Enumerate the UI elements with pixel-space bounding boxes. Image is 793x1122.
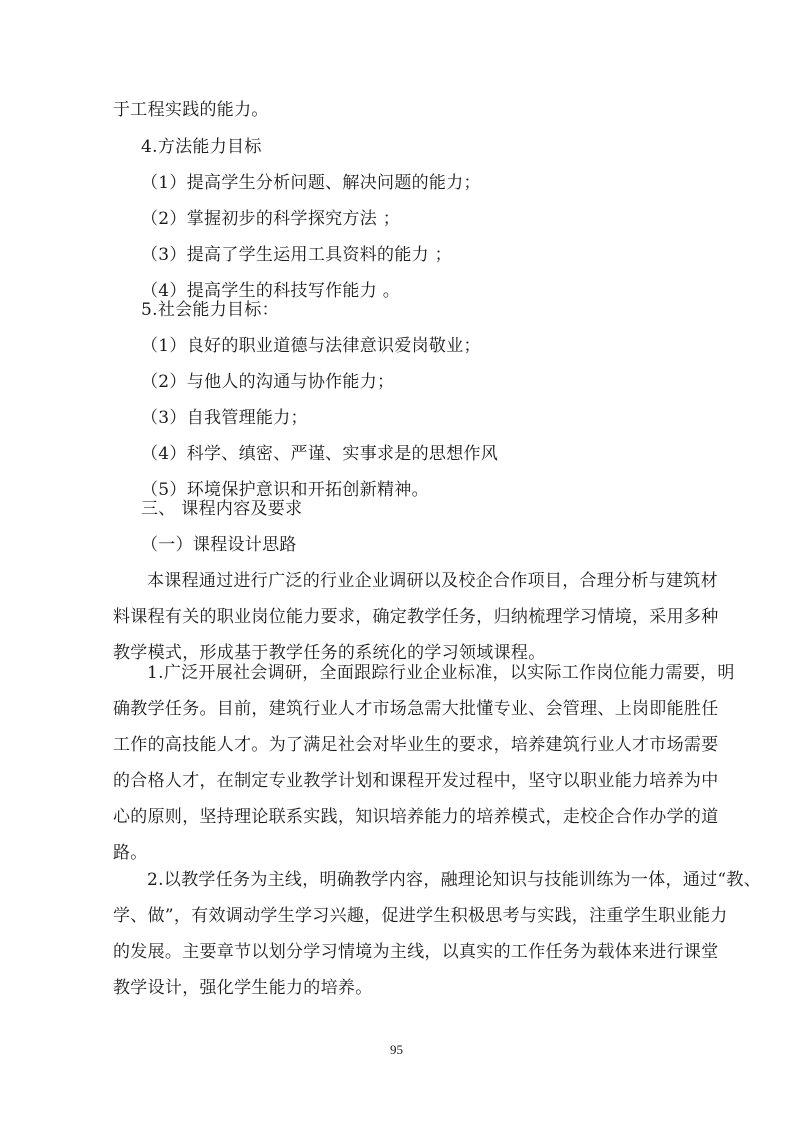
- point2-paragraph-line: 的发展。主要章节以划分学习情境为主线，以真实的工作任务为载体来进行课堂: [113, 942, 679, 962]
- intro-paragraph-line: 料课程有关的职业岗位能力要求，确定教学任务，归纳梳理学习情境，采用多种: [113, 607, 679, 627]
- continuation-text: 于工程实践的能力。: [113, 100, 269, 120]
- point1-paragraph-line: 的合格人才，在制定专业教学计划和课程开发过程中，坚守以职业能力培养为中: [113, 771, 679, 791]
- section-three-subheading: （一）课程设计思路: [141, 535, 297, 555]
- social-ability-item: （3）自我管理能力；: [141, 408, 308, 428]
- social-ability-heading: 5.社会能力目标：: [141, 300, 279, 320]
- method-ability-heading: 4.方法能力目标: [141, 137, 262, 157]
- point1-paragraph-line: 心的原则，坚持理论联系实践，知识培养能力的培养模式，走校企合作办学的道: [113, 807, 679, 827]
- intro-paragraph-line: 本课程通过进行广泛的行业企业调研以及校企合作项目，合理分析与建筑材: [147, 571, 679, 591]
- section-three-heading: 三、 课程内容及要求: [141, 499, 302, 519]
- method-ability-item: （3）提高了学生运用工具资料的能力 ；: [141, 245, 452, 265]
- method-ability-item: （1）提高学生分析问题、解决问题的能力；: [141, 173, 481, 193]
- point1-paragraph-line: 1.广泛开展社会调研，全面跟踪行业企业标准，以实际工作岗位能力需要，明: [147, 663, 679, 683]
- point1-paragraph-line: 确教学任务。目前，建筑行业人才市场急需大批懂专业、会管理、上岗即能胜任: [113, 699, 679, 719]
- point2-paragraph-line: 教学设计，强化学生能力的培养。: [113, 978, 373, 998]
- point2-paragraph-line: 学、做”，有效调动学生学习兴趣，促进学生积极思考与实践，注重学生职业能力: [113, 906, 679, 926]
- social-ability-item: （5）环境保护意识和开拓创新精神。: [141, 480, 429, 500]
- method-ability-item: （4）提高学生的科技写作能力 。: [141, 281, 400, 301]
- document-page: 于工程实践的能力。 4.方法能力目标 （1）提高学生分析问题、解决问题的能力； …: [0, 0, 793, 1122]
- point2-paragraph-line: 2.以教学任务为主线，明确教学内容，融理论知识与技能训练为一体，通过“教、: [147, 870, 679, 890]
- social-ability-item: （4）科学、缜密、严谨、实事求是的思想作风: [141, 444, 498, 464]
- method-ability-item: （2）掌握初步的科学探究方法 ；: [141, 209, 400, 229]
- point1-paragraph-line: 工作的高技能人才。为了满足社会对毕业生的要求，培养建筑行业人才市场需要: [113, 735, 679, 755]
- social-ability-item: （2）与他人的沟通与协作能力；: [141, 372, 394, 392]
- intro-paragraph-line: 教学模式，形成基于教学任务的系统化的学习领域课程。: [113, 643, 546, 663]
- social-ability-item: （1）良好的职业道德与法律意识爱岗敬业；: [141, 336, 481, 356]
- point1-paragraph-line: 路。: [113, 843, 148, 863]
- page-number: 95: [0, 1042, 793, 1058]
